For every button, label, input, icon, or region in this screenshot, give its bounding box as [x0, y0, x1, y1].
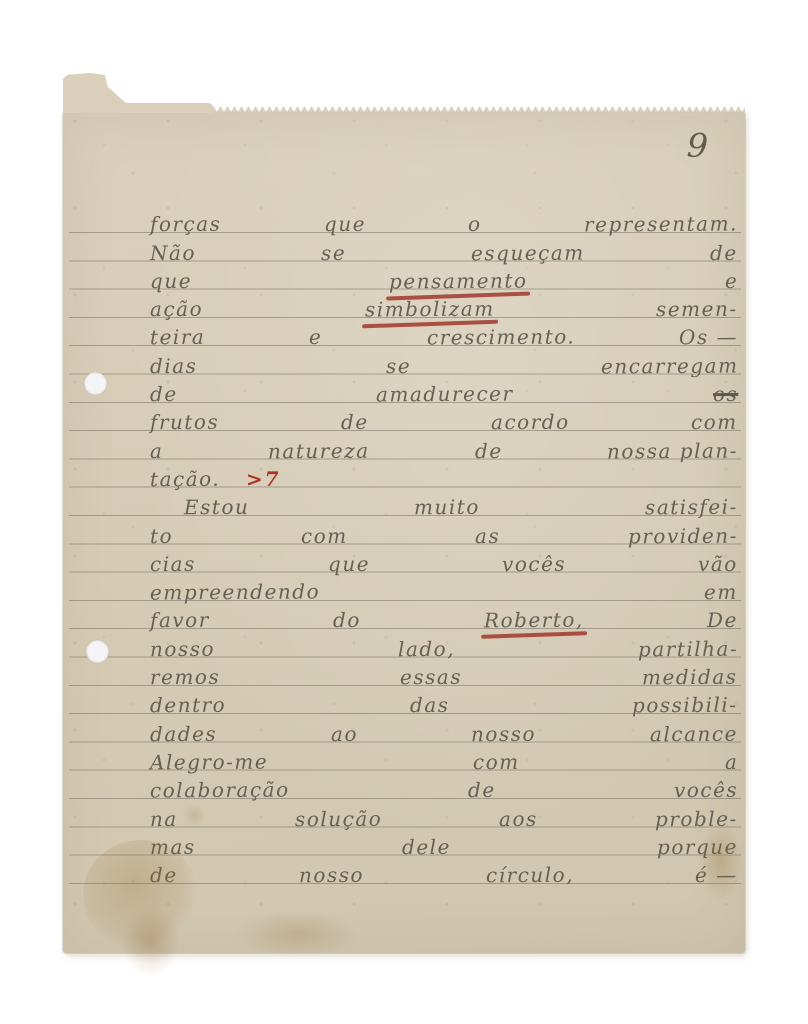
manuscript-line: remosessasmedidas [150, 661, 738, 689]
manuscript-word: esqueçam [471, 240, 585, 265]
manuscript-line: colaboraçãodevocês [150, 774, 738, 802]
manuscript-word: com [473, 750, 520, 774]
manuscript-word: se [386, 354, 411, 378]
manuscript-line: empreendendoem [150, 576, 738, 604]
manuscript-word: e [725, 269, 739, 293]
manuscript-word: em [704, 580, 738, 604]
manuscript-word: de [341, 410, 369, 434]
manuscript-word: das [409, 693, 449, 717]
manuscript-word: possibili- [632, 693, 738, 718]
manuscript-word: que [328, 552, 370, 576]
hole-punch-bottom [86, 640, 109, 663]
manuscript-word: dentro [150, 693, 226, 718]
manuscript: forçasqueorepresentam.Nãoseesqueçamdeque… [150, 208, 738, 888]
manuscript-line: ciasquevocêsvão [150, 548, 738, 576]
manuscript-word: proble- [655, 806, 738, 831]
manuscript-word: to [150, 523, 173, 547]
manuscript-word: semen- [656, 297, 738, 322]
manuscript-word: se [321, 241, 346, 265]
manuscript-word: a [150, 439, 164, 463]
manuscript-word: simbolizam [365, 297, 495, 322]
manuscript-word: natureza [268, 438, 370, 463]
manuscript-word: de [710, 240, 738, 264]
manuscript-word: dades [150, 721, 217, 745]
manuscript-word: mas [150, 835, 196, 859]
manuscript-word: porque [657, 835, 738, 860]
manuscript-word: essas [400, 665, 462, 689]
manuscript-word: círculo, [486, 863, 574, 888]
manuscript-word: De [707, 608, 738, 632]
manuscript-word: crescimento. [427, 325, 575, 350]
manuscript-word: >7 [246, 467, 281, 491]
manuscript-word: forças [150, 212, 222, 236]
manuscript-word: frutos [150, 410, 219, 434]
manuscript-line: Estoumuitosatisfei- [150, 491, 738, 519]
manuscript-word: a [724, 750, 738, 774]
manuscript-line: Alegro-mecoma [150, 746, 738, 774]
manuscript-word: teira [150, 325, 205, 349]
manuscript-word: as [475, 523, 500, 547]
manuscript-word: remos [150, 665, 220, 689]
manuscript-word: com [301, 523, 348, 547]
manuscript-line: nossolado,partilha- [150, 632, 738, 660]
manuscript-word: com [691, 410, 738, 434]
manuscript-word: nosso [471, 721, 536, 745]
manuscript-line: forçasqueorepresentam. [150, 208, 738, 236]
manuscript-line: tação.>7 [150, 463, 738, 491]
manuscript-line: dentrodaspossibili- [150, 689, 738, 717]
manuscript-line: Nãoseesqueçamde [150, 236, 738, 264]
manuscript-word: os [713, 382, 738, 406]
manuscript-word: partilha- [638, 636, 738, 661]
manuscript-line: frutosdeacordocom [150, 406, 738, 434]
manuscript-word: que [150, 269, 192, 293]
manuscript-word: aos [499, 806, 538, 830]
manuscript-line: teiraecrescimento.Os — [150, 321, 738, 349]
manuscript-word: solução [295, 806, 382, 831]
manuscript-word: nossa plan- [607, 438, 738, 463]
manuscript-word: medidas [642, 665, 738, 690]
manuscript-word: de [150, 382, 178, 406]
manuscript-word: representam. [584, 212, 738, 237]
manuscript-word: favor [150, 608, 210, 632]
manuscript-line: tocomasproviden- [150, 519, 738, 547]
manuscript-line: nasoluçãoaosproble- [150, 802, 738, 830]
manuscript-word: dias [150, 354, 198, 378]
manuscript-line: masdeleporque [150, 831, 738, 859]
manuscript-word: tação. [150, 467, 220, 491]
manuscript-word: amadurecer [376, 382, 514, 407]
paper-sheet: 9 forçasqueorepresentam.Nãoseesqueçamdeq… [63, 112, 745, 953]
manuscript-word: vão [698, 552, 738, 576]
manuscript-word: pensamento [389, 268, 528, 293]
manuscript-line: denossocírculo,é — [150, 859, 738, 887]
manuscript-word: nosso [150, 637, 215, 661]
manuscript-word: ao [331, 722, 358, 746]
manuscript-word: satisfei- [645, 495, 738, 520]
manuscript-word: cias [150, 552, 196, 576]
manuscript-line: açãosimbolizamsemen- [150, 293, 738, 321]
manuscript-line: anaturezadenossa plan- [150, 434, 738, 462]
manuscript-line: diasseencarregam [150, 349, 738, 377]
manuscript-line: deamadureceros [150, 378, 738, 406]
manuscript-word: na [150, 806, 178, 830]
manuscript-word: acordo [491, 410, 570, 435]
manuscript-word: vocês [674, 778, 738, 802]
manuscript-word: encarregam [600, 353, 738, 378]
manuscript-word: e [309, 325, 323, 349]
manuscript-word: colaboração [150, 778, 290, 803]
scanned-document: 9 forçasqueorepresentam.Nãoseesqueçamdeq… [0, 0, 808, 1024]
hole-punch-top [84, 372, 107, 395]
manuscript-word: o [468, 212, 482, 236]
manuscript-word: que [324, 212, 366, 236]
page-number: 9 [686, 125, 709, 165]
manuscript-word: Os — [679, 325, 738, 349]
manuscript-word: nosso [299, 863, 364, 887]
manuscript-line: favordoRoberto,De [150, 604, 738, 632]
manuscript-word: Alegro-me [150, 750, 268, 775]
manuscript-word: de [150, 863, 178, 887]
manuscript-word: providen- [628, 523, 738, 548]
manuscript-word: é — [695, 863, 738, 887]
manuscript-word: vocês [502, 552, 566, 576]
manuscript-word: ação [150, 297, 203, 321]
manuscript-word: Estou [184, 495, 249, 519]
manuscript-word: Não [150, 240, 196, 264]
manuscript-word: empreendendo [150, 580, 320, 605]
manuscript-word: de [474, 439, 502, 463]
manuscript-word: alcance [650, 721, 738, 746]
manuscript-word: Roberto, [484, 608, 584, 633]
manuscript-word: muito [414, 495, 480, 519]
manuscript-word: lado, [398, 637, 455, 661]
manuscript-word: de [468, 778, 496, 802]
manuscript-word: dele [402, 835, 451, 859]
manuscript-line: quepensamentoe [150, 265, 738, 293]
manuscript-word: do [333, 608, 361, 632]
manuscript-line: dadesaonossoalcance [150, 717, 738, 745]
